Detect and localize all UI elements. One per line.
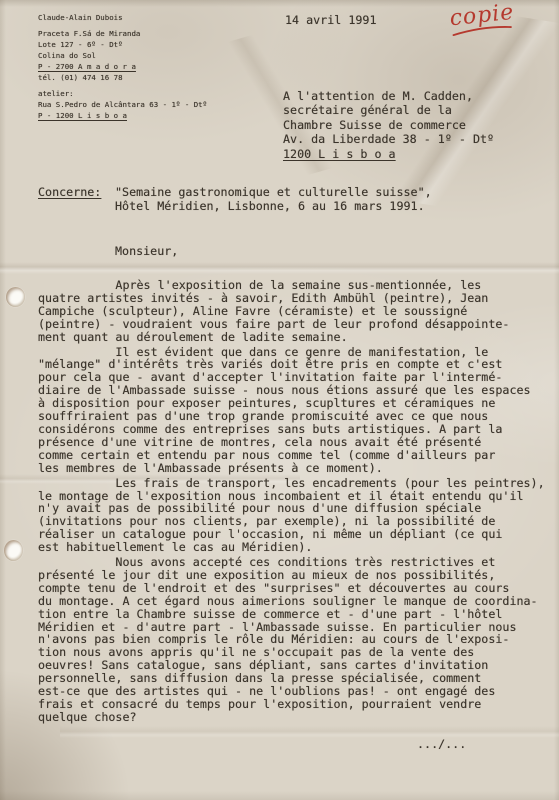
sender-atelier-city: P - 1200 L i s b o a bbox=[38, 110, 207, 121]
paragraph-2: Il est évident que dans ce genre de mani… bbox=[38, 346, 558, 475]
continuation-mark: .../... bbox=[417, 738, 466, 751]
sender-block: Claude-Alain Dubois Praceta F.Sá de Mira… bbox=[38, 12, 207, 121]
recipient-line: secrétaire général de la bbox=[283, 103, 494, 117]
letter-date: 14 avril 1991 bbox=[285, 14, 376, 27]
recipient-line: Chambre Suisse de commerce bbox=[283, 118, 494, 132]
subject-block: Concerne: "Semaine gastronomique et cult… bbox=[38, 185, 432, 213]
sender-atelier-label: atelier: bbox=[38, 88, 207, 99]
copie-annotation: copie bbox=[449, 1, 517, 39]
sender-address-line: Lote 127 - 6º - Dtº bbox=[38, 39, 207, 50]
subject-text: "Semaine gastronomique et culturelle sui… bbox=[115, 185, 432, 213]
recipient-line: A l'attention de M. Cadden, bbox=[283, 89, 494, 103]
salutation: Monsieur, bbox=[115, 245, 178, 258]
subject-label: Concerne: bbox=[38, 185, 115, 213]
sender-name: Claude-Alain Dubois bbox=[38, 12, 207, 23]
recipient-block: A l'attention de M. Cadden, secrétaire g… bbox=[283, 89, 494, 161]
recipient-line: Av. da Liberdade 38 - 1º - Dtº bbox=[283, 132, 494, 146]
recipient-city: 1200 L i s b o a bbox=[283, 147, 494, 161]
letter-page: Claude-Alain Dubois Praceta F.Sá de Mira… bbox=[0, 0, 559, 800]
paragraph-1: Après l'exposition de la semaine sus-men… bbox=[38, 279, 558, 344]
sender-atelier-address: Rua S.Pedro de Alcântara 63 - 1º - Dtº bbox=[38, 99, 207, 110]
paragraph-4: Nous avons accepté ces conditions très r… bbox=[38, 556, 558, 724]
sender-address-line: Colina do Sol bbox=[38, 50, 207, 61]
paper-crease bbox=[60, 726, 559, 738]
paper-crease bbox=[0, 262, 559, 274]
sender-phone: tél. (01) 474 16 78 bbox=[38, 72, 207, 83]
sender-address-line: Praceta F.Sá de Miranda bbox=[38, 28, 207, 39]
paragraph-3: Les frais de transport, les encadrements… bbox=[38, 477, 558, 554]
letter-body: Après l'exposition de la semaine sus-men… bbox=[38, 279, 558, 726]
hole-punch-top bbox=[6, 287, 25, 307]
hole-punch-bottom bbox=[4, 540, 23, 561]
sender-city: P - 2700 A m a d o r a bbox=[38, 61, 207, 72]
